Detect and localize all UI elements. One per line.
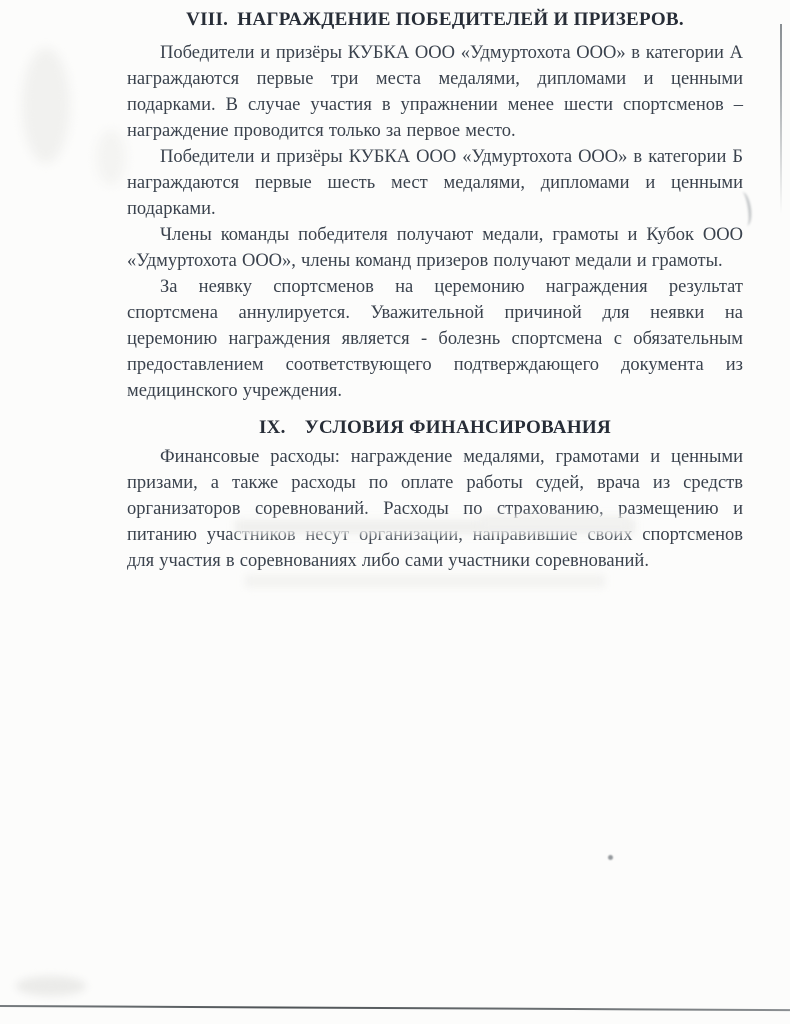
text-line: медицинского учреждения. (127, 378, 743, 404)
text-line: призами, а также расходы по оплате работ… (127, 470, 743, 496)
section-heading-ix: IX.УСЛОВИЯ ФИНАНСИРОВАНИЯ (127, 414, 743, 442)
text-line: церемонию награждения является - болезнь… (127, 326, 743, 352)
text-line: организаторов соревнований. Расходы по с… (127, 496, 743, 522)
text-line: Члены команды победителя получают медали… (127, 222, 743, 248)
text-line: Победители и призёры КУБКА ООО «Удмуртох… (127, 40, 743, 66)
section-heading-viii: VIII.НАГРАЖДЕНИЕ ПОБЕДИТЕЛЕЙ И ПРИЗЕРОВ. (127, 6, 743, 34)
scan-noise-patch (16, 976, 86, 996)
scanned-page: VIII.НАГРАЖДЕНИЕ ПОБЕДИТЕЛЕЙ И ПРИЗЕРОВ.… (0, 0, 790, 1024)
text-line: предоставлением соответствующего подтвер… (127, 352, 743, 378)
scan-bottom-line (0, 1005, 790, 1011)
paragraph: За неявку спортсменов на церемонию награ… (127, 274, 743, 404)
paragraph: Победители и призёры КУБКА ООО «Удмуртох… (127, 40, 743, 144)
scan-noise-patch (22, 48, 70, 163)
section-title: НАГРАЖДЕНИЕ ПОБЕДИТЕЛЕЙ И ПРИЗЕРОВ. (237, 9, 684, 30)
document-text-block: VIII.НАГРАЖДЕНИЕ ПОБЕДИТЕЛЕЙ И ПРИЗЕРОВ.… (127, 6, 743, 574)
text-line: За неявку спортсменов на церемонию награ… (127, 274, 743, 300)
section-number: VIII. (186, 9, 228, 30)
text-line: подарками. (127, 196, 743, 222)
scan-edge-streak (780, 24, 782, 214)
bleed-through-text-smudge (245, 575, 605, 587)
paragraph: Члены команды победителя получают медали… (127, 222, 743, 274)
ink-speck (608, 855, 613, 860)
text-line: спортсмена аннулируется. Уважительной пр… (127, 300, 743, 326)
scan-noise-patch (96, 130, 126, 185)
section-title: УСЛОВИЯ ФИНАНСИРОВАНИЯ (305, 417, 611, 438)
text-line: Финансовые расходы: награждение медалями… (127, 444, 743, 470)
text-line: Победители и призёры КУБКА ООО «Удмуртох… (127, 144, 743, 170)
text-line: награждаются первые шесть мест медалями,… (127, 170, 743, 196)
paragraph: Победители и призёры КУБКА ООО «Удмуртох… (127, 144, 743, 222)
text-line: питанию участников несут организации, на… (127, 522, 743, 548)
section-number: IX. (259, 417, 286, 438)
text-line: для участия в соревнованиях либо сами уч… (127, 548, 743, 574)
text-line: награждаются первые три места медалями, … (127, 66, 743, 92)
text-line: «Удмуртохота ООО», члены команд призеров… (127, 248, 743, 274)
text-line: награждение проводится только за первое … (127, 118, 743, 144)
text-line: подарками. В случае участия в упражнении… (127, 92, 743, 118)
paragraph: Финансовые расходы: награждение медалями… (127, 444, 743, 574)
